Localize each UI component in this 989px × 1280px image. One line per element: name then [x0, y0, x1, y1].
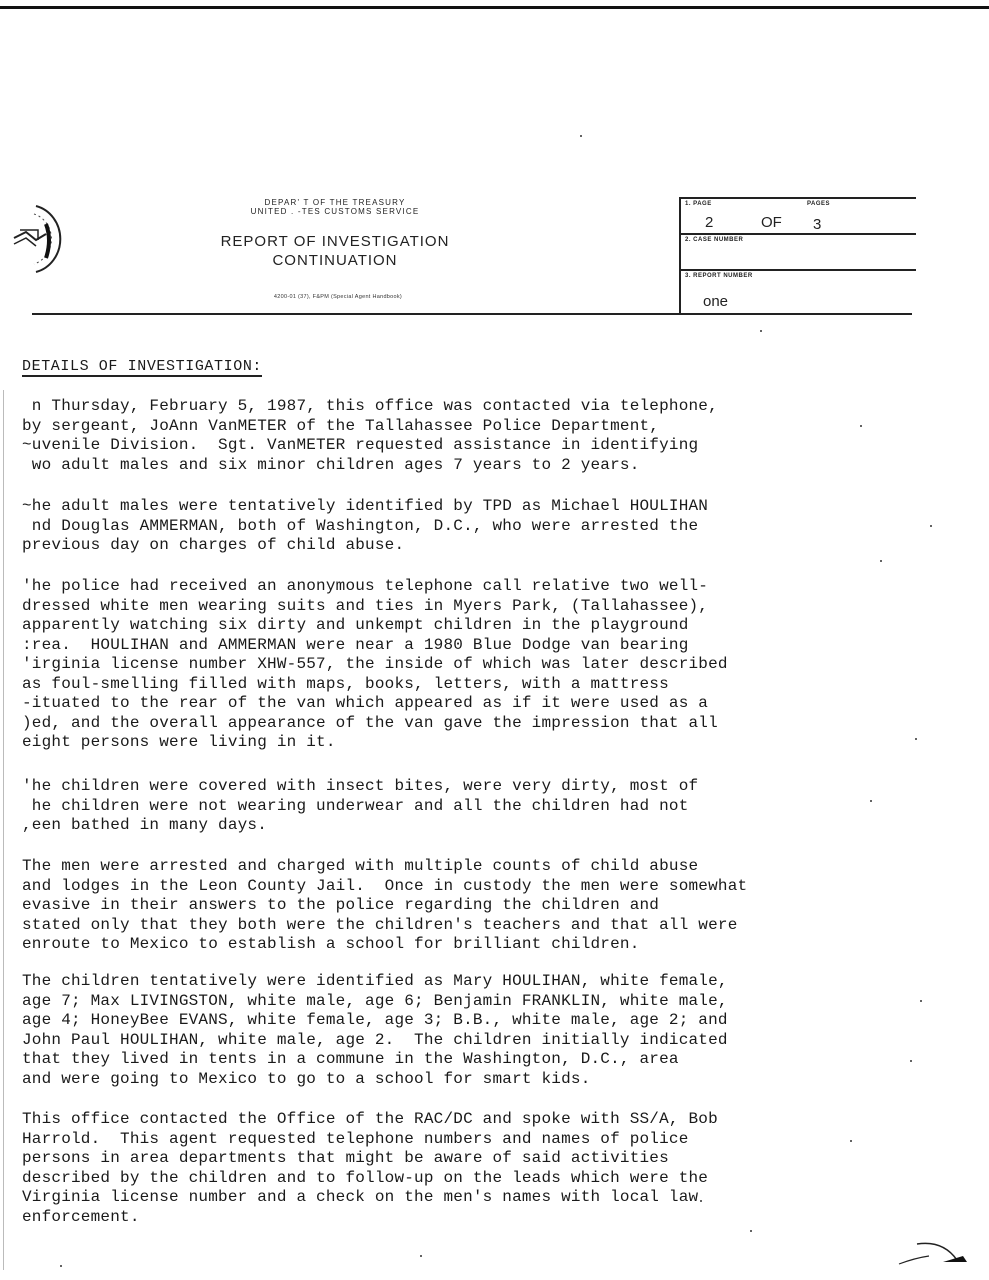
paragraph-line: The children tentatively were identified… [22, 972, 728, 992]
case-number-label: 2. CASE NUMBER [685, 237, 743, 243]
scan-speck [910, 1060, 912, 1062]
customs-seal-icon [6, 200, 70, 276]
paragraph-line: and lodges in the Leon County Jail. Once… [22, 877, 747, 897]
paragraph-line: wo adult males and six minor children ag… [22, 456, 718, 476]
paragraph-line: age 7; Max LIVINGSTON, white male, age 6… [22, 992, 728, 1012]
box-rule-case [681, 233, 916, 235]
pages-label: PAGES [807, 201, 830, 207]
paragraph-line: stated only that they both were the chil… [22, 916, 747, 936]
paragraph-line: that they lived in tents in a commune in… [22, 1050, 728, 1070]
paragraph-line: The men were arrested and charged with m… [22, 857, 747, 877]
paragraph-line: 'he children were covered with insect bi… [22, 777, 698, 797]
scan-speck [880, 560, 882, 562]
scan-speck [700, 1200, 702, 1202]
paragraph: 'he children were covered with insect bi… [22, 777, 698, 836]
paragraph-line: This office contacted the Office of the … [22, 1110, 718, 1130]
pages-value: 3 [813, 216, 821, 233]
agency-line-1: DEPAR' T OF THE TREASURY [205, 198, 465, 207]
scan-speck [870, 800, 872, 802]
paragraph-line: :rea. HOULIHAN and AMMERMAN were near a … [22, 636, 728, 656]
scan-speck [920, 1000, 922, 1002]
paragraph: 'he police had received an anonymous tel… [22, 577, 728, 753]
paragraph-line: n Thursday, February 5, 1987, this offic… [22, 397, 718, 417]
paragraph-line: dressed white men wearing suits and ties… [22, 597, 728, 617]
scan-speck [850, 1140, 852, 1142]
paragraph: The children tentatively were identified… [22, 972, 728, 1089]
paragraph-line: apparently watching six dirty and unkemp… [22, 616, 728, 636]
report-info-box: 1. PAGE PAGES 2 OF 3 2. CASE NUMBER 3. R… [679, 197, 916, 315]
of-label: OF [761, 214, 782, 231]
paragraph-line: previous day on charges of child abuse. [22, 536, 708, 556]
scan-speck [860, 425, 862, 427]
page-value: 2 [705, 214, 713, 231]
report-number-label: 3. REPORT NUMBER [685, 273, 753, 279]
scan-speck [930, 525, 932, 527]
report-number-value: one [703, 293, 728, 310]
paragraph: n Thursday, February 5, 1987, this offic… [22, 397, 718, 475]
agency-line-2: UNITED . -TES CUSTOMS SERVICE [205, 207, 465, 216]
paragraph-line: Virginia license number and a check on t… [22, 1188, 718, 1208]
paragraph-line: )ed, and the overall appearance of the v… [22, 714, 728, 734]
paragraph-line: ~uvenile Division. Sgt. VanMETER request… [22, 436, 718, 456]
report-title-line-2: CONTINUATION [200, 251, 470, 270]
report-title-line-1: REPORT OF INVESTIGATION [200, 232, 470, 251]
paragraph-line: nd Douglas AMMERMAN, both of Washington,… [22, 517, 708, 537]
scan-speck [760, 330, 762, 332]
box-rule-report [681, 269, 916, 271]
signature-mark-icon [895, 1240, 975, 1270]
scan-speck [915, 738, 917, 740]
scan-margin-line [3, 390, 4, 1270]
section-heading-text: DETAILS OF INVESTIGATION: [22, 358, 262, 377]
scan-speck [60, 1265, 62, 1267]
report-title: REPORT OF INVESTIGATION CONTINUATION [200, 232, 470, 270]
paragraph-line: eight persons were living in it. [22, 733, 728, 753]
paragraph: ~he adult males were tentatively identif… [22, 497, 708, 556]
paragraph: This office contacted the Office of the … [22, 1110, 718, 1227]
paragraph-line: ,een bathed in many days. [22, 816, 698, 836]
paragraph-line: evasive in their answers to the police r… [22, 896, 747, 916]
paragraph-line: enroute to Mexico to establish a school … [22, 935, 747, 955]
page-label: 1. PAGE [685, 201, 712, 207]
paragraph-line: age 4; HoneyBee EVANS, white female, age… [22, 1011, 728, 1031]
paragraph-line: persons in area departments that might b… [22, 1149, 718, 1169]
paragraph-line: enforcement. [22, 1208, 718, 1228]
paragraph-line: -ituated to the rear of the van which ap… [22, 694, 728, 714]
section-heading: DETAILS OF INVESTIGATION: [22, 358, 262, 375]
paragraph-line: by sergeant, JoAnn VanMETER of the Talla… [22, 417, 718, 437]
paragraph-line: Harrold. This agent requested telephone … [22, 1130, 718, 1150]
form-code: 4200-01 (37), F&PM (Special Agent Handbo… [228, 294, 448, 300]
paragraph-line: ~he adult males were tentatively identif… [22, 497, 708, 517]
paragraph-line: and were going to Mexico to go to a scho… [22, 1070, 728, 1090]
page-top-border [0, 6, 989, 9]
scan-speck [420, 1255, 422, 1257]
paragraph-line: as foul-smelling filled with maps, books… [22, 675, 728, 695]
paragraph-line: John Paul HOULIHAN, white male, age 2. T… [22, 1031, 728, 1051]
agency-name: DEPAR' T OF THE TREASURY UNITED . -TES C… [205, 198, 465, 216]
scan-speck [580, 135, 582, 137]
scan-speck [750, 1230, 752, 1232]
paragraph: The men were arrested and charged with m… [22, 857, 747, 955]
paragraph-line: described by the children and to follow-… [22, 1169, 718, 1189]
paragraph-line: 'he police had received an anonymous tel… [22, 577, 728, 597]
box-rule-top [681, 197, 916, 199]
paragraph-line: he children were not wearing underwear a… [22, 797, 698, 817]
header-rule [32, 313, 912, 315]
paragraph-line: 'irginia license number XHW-557, the ins… [22, 655, 728, 675]
